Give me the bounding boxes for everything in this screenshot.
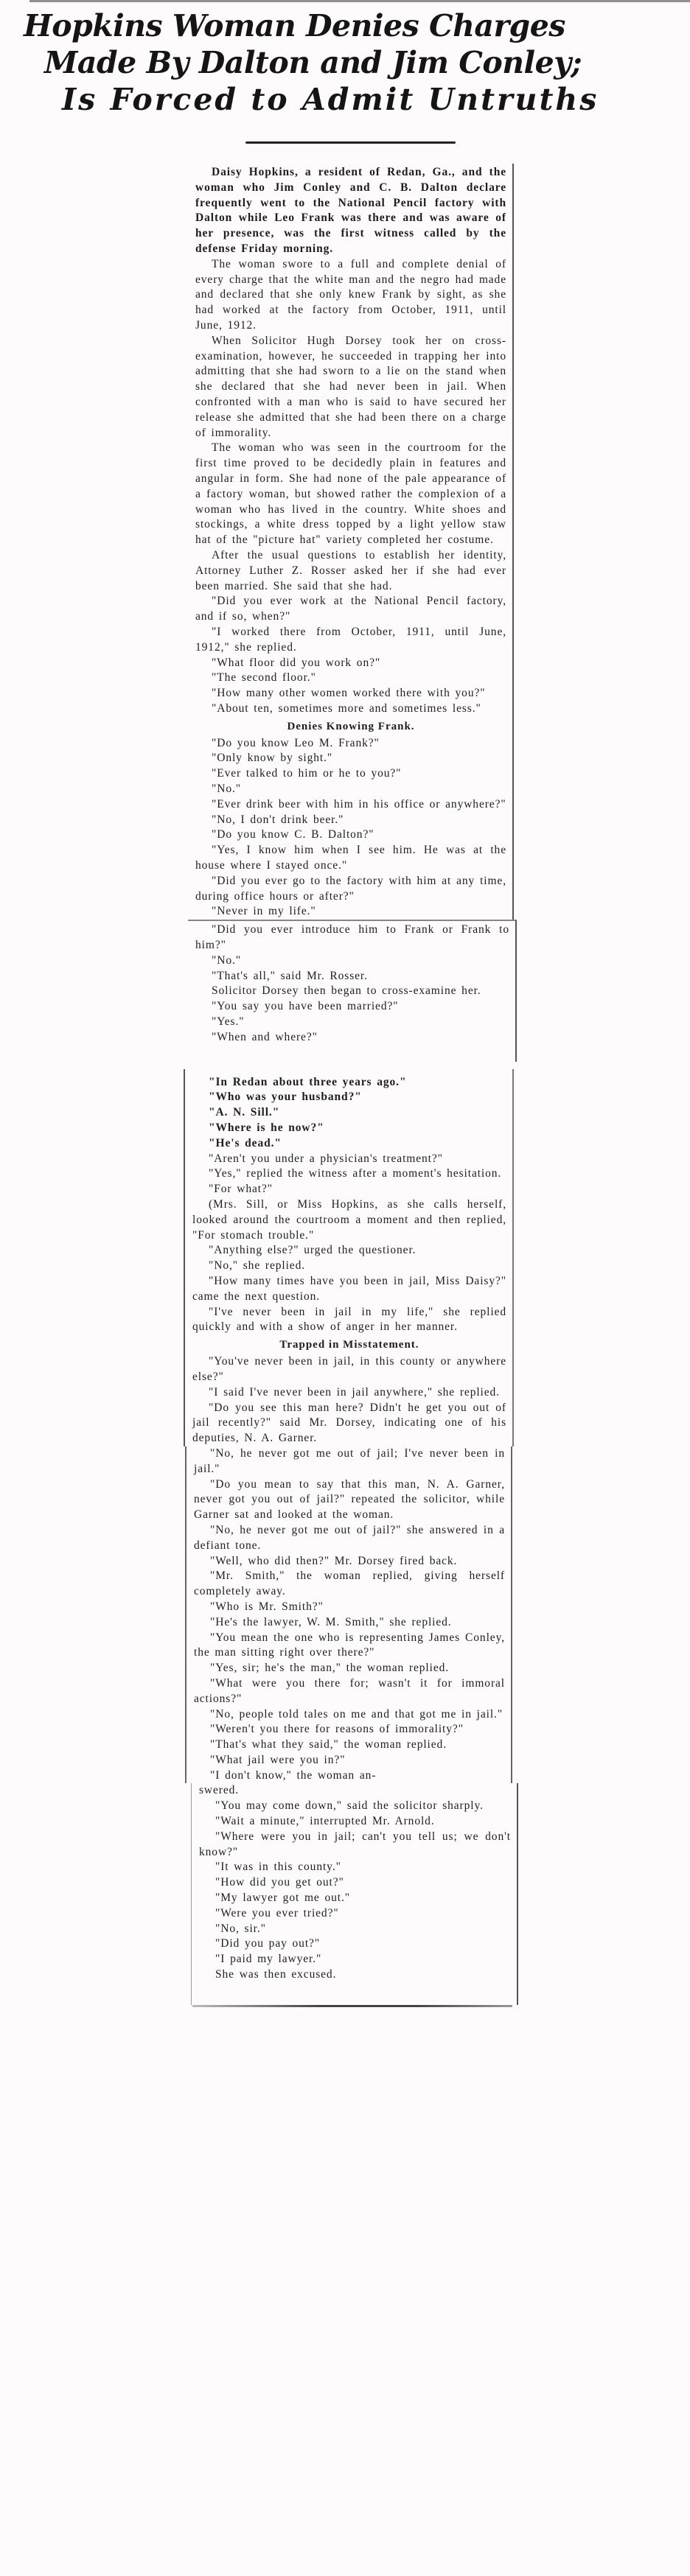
article-paragraph: When Solicitor Hugh Dorsey took her on c… xyxy=(195,334,506,441)
article-paragraph: "Ever talked to him or he to you?" xyxy=(195,766,506,782)
article-paragraph: "When and where?" xyxy=(195,1030,509,1046)
article-paragraph: "Mr. Smith," the woman replied, giving h… xyxy=(194,1569,505,1600)
article-paragraph: "How many times have you been in jail, M… xyxy=(192,1274,506,1305)
article-paragraph: "You've never been in jail, in this coun… xyxy=(192,1354,506,1385)
article-paragraph: "What jail were you in?" xyxy=(194,1753,505,1768)
article-paragraph: "No, people told tales on me and that go… xyxy=(194,1707,505,1723)
article-paragraph: "Did you ever work at the National Penci… xyxy=(195,594,506,625)
article-paragraph: "He's dead." xyxy=(192,1136,506,1152)
headline-line-3: Is Forced to Admit Untruths xyxy=(0,81,690,118)
article-paragraph: "Who is Mr. Smith?" xyxy=(194,1600,505,1615)
article-paragraph: "You may come down," said the solicitor … xyxy=(199,1799,511,1814)
article-clip-3: "In Redan about three years ago.""Who wa… xyxy=(184,1069,514,1446)
article-paragraph: The woman swore to a full and complete d… xyxy=(195,257,506,334)
article-paragraph: "No." xyxy=(195,953,509,969)
article-paragraph: "Wait a minute," interrupted Mr. Arnold. xyxy=(199,1814,511,1830)
subheading: Trapped in Misstatement. xyxy=(192,1337,506,1353)
article-paragraph: "About ten, sometimes more and sometimes… xyxy=(195,701,506,717)
article-paragraph: "How many other women worked there with … xyxy=(195,686,506,701)
article-paragraph: Daisy Hopkins, a resident of Redan, Ga.,… xyxy=(195,165,506,257)
article-paragraph: "You mean the one who is representing Ja… xyxy=(194,1631,505,1662)
article-paragraph: "That's what they said," the woman repli… xyxy=(194,1737,505,1753)
article-paragraph: "Where were you in jail; can't you tell … xyxy=(199,1830,511,1861)
article-clip-2: "Did you ever introduce him to Frank or … xyxy=(188,920,517,1061)
article-paragraph: "Yes." xyxy=(195,1015,509,1030)
article-paragraph: "Where is he now?" xyxy=(192,1121,506,1136)
article-paragraph: "You say you have been married?" xyxy=(195,999,509,1015)
article-clip-4: "No, he never got me out of jail; I've n… xyxy=(185,1446,512,1784)
top-border-rule xyxy=(29,0,690,2)
article-paragraph: "Only know by sight." xyxy=(195,751,506,766)
article-paragraph: "No," she replied. xyxy=(192,1259,506,1274)
article-paragraph: "I worked there from October, 1911, unti… xyxy=(195,625,506,656)
article-paragraph: Solicitor Dorsey then began to cross-exa… xyxy=(195,984,509,999)
article-clip-1: Daisy Hopkins, a resident of Redan, Ga.,… xyxy=(188,164,514,920)
headline-line-1: Hopkins Woman Denies Charges xyxy=(0,7,690,44)
article-paragraph: "The second floor." xyxy=(195,671,506,686)
article-paragraph: "I paid my lawyer." xyxy=(199,1952,511,1967)
article-paragraph: "Aren't you under a physician's treatmen… xyxy=(192,1152,506,1167)
article-paragraph: "Who was your husband?" xyxy=(192,1090,506,1105)
article-paragraph: "I've never been in jail in my life," sh… xyxy=(192,1305,506,1336)
article-paragraph: "Did you pay out?" xyxy=(199,1936,511,1952)
article-paragraph: "Do you see this man here? Didn't he get… xyxy=(192,1401,506,1446)
article-paragraph: "For what?" xyxy=(192,1182,506,1197)
subheading: Denies Knowing Frank. xyxy=(195,718,506,735)
article-paragraph: "He's the lawyer, W. M. Smith," she repl… xyxy=(194,1615,505,1631)
article-paragraph: "Do you mean to say that this man, N. A.… xyxy=(194,1477,505,1523)
article-paragraph: swered. xyxy=(199,1783,511,1799)
article-paragraph: She was then excused. xyxy=(199,1967,511,1983)
headline-line-2: Made By Dalton and Jim Conley; xyxy=(0,44,690,81)
article-paragraph: "How did you get out?" xyxy=(199,1875,511,1891)
article-paragraph: The woman who was seen in the courtroom … xyxy=(195,441,506,548)
article-paragraph: "Never in my life." xyxy=(195,904,506,920)
article-paragraph: "I don't know," the woman an- xyxy=(194,1768,505,1784)
article-paragraph: "My lawyer got me out." xyxy=(199,1891,511,1906)
article-paragraph: "Do you know C. B. Dalton?" xyxy=(195,827,506,843)
article-paragraph: "Ever drink beer with him in his office … xyxy=(195,797,506,813)
article-paragraph: "Well, who did then?" Mr. Dorsey fired b… xyxy=(194,1554,505,1569)
article-clip-5: swered."You may come down," said the sol… xyxy=(191,1783,518,2004)
article-paragraph: "No." xyxy=(195,782,506,797)
article-column: Daisy Hopkins, a resident of Redan, Ga.,… xyxy=(188,164,514,2007)
article-paragraph: "Yes, sir; he's the man," the woman repl… xyxy=(194,1661,505,1676)
headline-divider xyxy=(245,141,456,144)
article-end-rule xyxy=(192,2005,512,2007)
article-paragraph: "Anything else?" urged the questioner. xyxy=(192,1243,506,1259)
article-paragraph: "That's all," said Mr. Rosser. xyxy=(195,969,509,984)
article-paragraph: "What were you there for; wasn't it for … xyxy=(194,1676,505,1707)
article-paragraph: "No, I don't drink beer." xyxy=(195,813,506,828)
article-paragraph: After the usual questions to establish h… xyxy=(195,548,506,594)
article-paragraph: "What floor did you work on?" xyxy=(195,656,506,671)
article-paragraph: "No, he never got me out of jail; I've n… xyxy=(194,1446,505,1477)
article-paragraph: "It was in this county." xyxy=(199,1860,511,1875)
article-paragraph: "Did you ever introduce him to Frank or … xyxy=(195,923,509,953)
article-paragraph: "I said I've never been in jail anywhere… xyxy=(192,1385,506,1401)
article-paragraph: "No, he never got me out of jail?" she a… xyxy=(194,1523,505,1554)
article-paragraph: "Were you ever tried?" xyxy=(199,1906,511,1922)
article-paragraph: "Yes," replied the witness after a momen… xyxy=(192,1166,506,1182)
article-paragraph: "Do you know Leo M. Frank?" xyxy=(195,736,506,752)
article-paragraph: "Did you ever go to the factory with him… xyxy=(195,874,506,905)
headline: Hopkins Woman Denies Charges Made By Dal… xyxy=(0,7,690,118)
article-paragraph: "Weren't you there for reasons of immora… xyxy=(194,1722,505,1737)
article-paragraph: "A. N. Sill." xyxy=(192,1105,506,1121)
article-paragraph: "No, sir." xyxy=(199,1922,511,1937)
article-paragraph: "Yes, I know him when I see him. He was … xyxy=(195,843,506,874)
article-paragraph: (Mrs. Sill, or Miss Hopkins, as she call… xyxy=(192,1197,506,1243)
article-paragraph: "In Redan about three years ago." xyxy=(192,1075,506,1091)
